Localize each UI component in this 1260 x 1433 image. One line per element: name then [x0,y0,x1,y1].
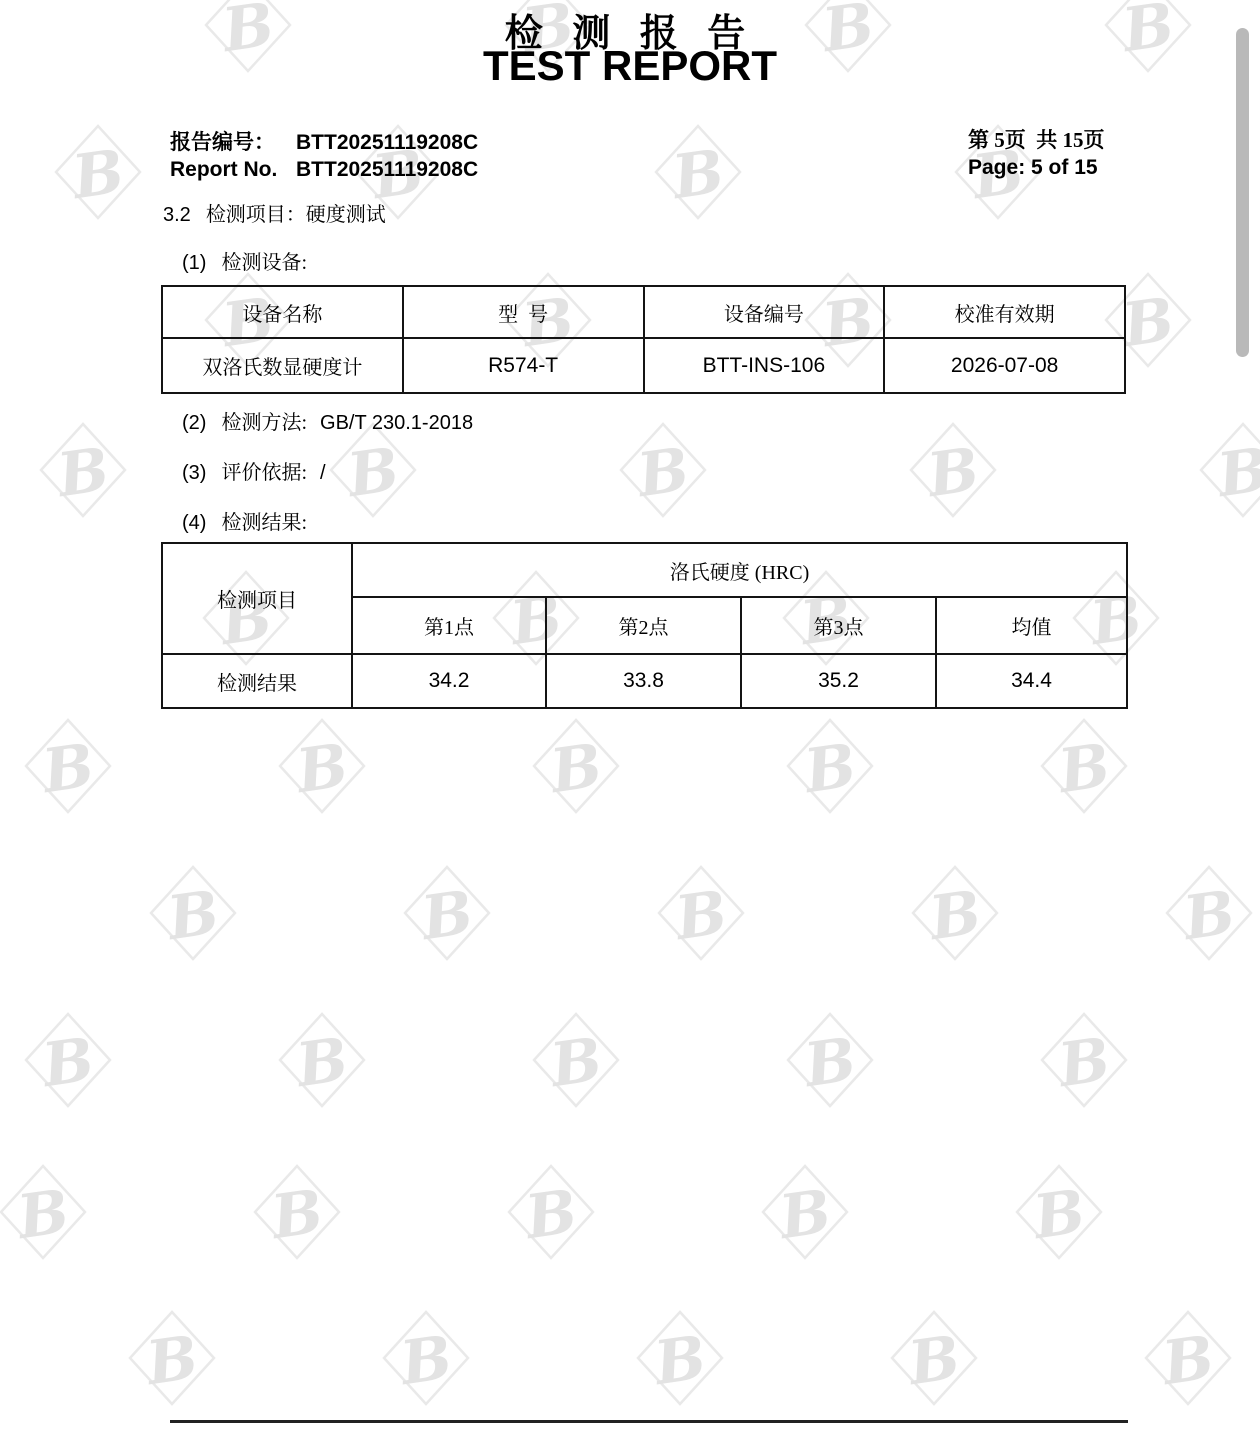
svg-text:B: B [265,1177,327,1254]
report-number-line-en: Report No.BTT20251119208C [170,156,478,183]
section-heading: 3.2 检测项目：硬度测试 [163,198,386,227]
svg-text:B: B [1177,878,1239,955]
item-criteria: (3) 评价依据: / [182,456,326,485]
equipment-table-data-row: 双洛氏数显硬度计 R574-T BTT-INS-106 2026-07-08 [162,338,1125,393]
item-results: (4) 检测结果: [182,506,315,535]
svg-text:B: B [648,1323,710,1400]
watermark-logo: B [889,1309,979,1407]
page-number-cn: 第 5页 共 15页 [968,127,1105,154]
item-method-value: GB/T 230.1-2018 [320,412,473,434]
watermark-logo: B [1143,1309,1233,1407]
results-subheader-point2: 第2点 [546,597,741,654]
svg-text:B: B [631,435,693,512]
svg-text:B: B [1052,731,1114,808]
svg-text:B: B [519,1177,581,1254]
results-subheader-mean: 均值 [936,597,1127,654]
svg-text:B: B [773,1177,835,1254]
item-method: (2) 检测方法: GB/T 230.1-2018 [182,406,473,435]
report-number-block: 报告编号：BTT20251119208C Report No.BTT202511… [170,129,478,183]
svg-text:B: B [798,1025,860,1102]
watermark-logo: B [127,1309,217,1407]
svg-text:B: B [666,137,728,214]
watermark-logo: B [760,1163,850,1261]
report-number-line-cn: 报告编号：BTT20251119208C [170,129,478,156]
watermark-logo: B [23,1011,113,1109]
item-criteria-label: 评价依据: [221,462,307,484]
equipment-table: 设备名称 型 号 设备编号 校准有效期 双洛氏数显硬度计 R574-T BTT-… [161,285,1126,394]
results-table-group-row: 检测项目 洛氏硬度 (HRC) [162,543,1127,597]
results-row-label: 检测结果 [162,654,352,708]
svg-text:B: B [161,878,223,955]
svg-text:B: B [923,878,985,955]
svg-text:B: B [66,137,128,214]
watermark-logo: B [656,864,746,962]
svg-text:B: B [669,878,731,955]
results-value-mean: 34.4 [936,654,1127,708]
watermark-logo: B [531,717,621,815]
report-number-label-cn: 报告编号： [170,129,296,155]
svg-text:B: B [1156,1323,1218,1400]
watermark-logo: B [148,864,238,962]
report-number-value-en: BTT20251119208C [296,158,478,181]
results-table: 检测项目 洛氏硬度 (HRC) 第1点 第2点 第3点 均值 检测结果 34.2… [161,542,1128,709]
svg-text:B: B [341,435,403,512]
svg-text:B: B [544,1025,606,1102]
watermark-logo: B [618,421,708,519]
report-number-value-cn: BTT20251119208C [296,131,478,154]
equipment-name-cell: 双洛氏数显硬度计 [162,338,403,393]
svg-text:B: B [1052,1025,1114,1102]
results-corner-header: 检测项目 [162,543,352,654]
watermark-logo: B [381,1309,471,1407]
scrollbar-thumb[interactable] [1236,28,1249,357]
svg-text:B: B [51,435,113,512]
watermark-logo: B [402,864,492,962]
watermark-logo: B [506,1163,596,1261]
svg-text:B: B [11,1177,73,1254]
results-table-data-row: 检测结果 34.2 33.8 35.2 34.4 [162,654,1127,708]
item-results-num: (4) [182,512,206,534]
equipment-header-calibration: 校准有效期 [884,286,1125,338]
page-title-en: TEST REPORT [0,42,1260,90]
equipment-id-cell: BTT-INS-106 [644,338,885,393]
section-number: 3.2 [163,204,191,226]
watermark-logo: B [277,717,367,815]
svg-text:B: B [902,1323,964,1400]
item-method-num: (2) [182,412,206,434]
watermark-logo: B [328,421,418,519]
results-subheader-point1: 第1点 [352,597,546,654]
svg-text:B: B [36,1025,98,1102]
equipment-header-id: 设备编号 [644,286,885,338]
item-method-label: 检测方法: [221,412,307,434]
watermark-logo: B [38,421,128,519]
watermark-logo: B [1198,421,1260,519]
watermark-logo: B [635,1309,725,1407]
watermark-logo: B [53,123,143,221]
svg-text:B: B [921,435,983,512]
watermark-logo: B [531,1011,621,1109]
watermark-logo: B [252,1163,342,1261]
item-equipment-num: (1) [182,252,206,274]
item-criteria-value: / [320,462,326,484]
page-number-block: 第 5页 共 15页 Page: 5 of 15 [968,127,1105,181]
results-value-point2: 33.8 [546,654,741,708]
svg-text:B: B [36,731,98,808]
watermark-logo: B [1014,1163,1104,1261]
equipment-table-header-row: 设备名称 型 号 设备编号 校准有效期 [162,286,1125,338]
footer-divider [170,1420,1128,1423]
watermark-logo: B [908,421,998,519]
svg-text:B: B [1211,435,1260,512]
equipment-calibration-cell: 2026-07-08 [884,338,1125,393]
svg-text:B: B [544,731,606,808]
item-criteria-num: (3) [182,462,206,484]
item-equipment-label: 检测设备: [221,252,307,274]
watermark-logo: B [0,1163,88,1261]
svg-text:B: B [798,731,860,808]
equipment-header-model: 型 号 [403,286,644,338]
svg-text:B: B [290,731,352,808]
watermark-logo: B [1164,864,1254,962]
report-page: BBBBBBBBBBBBBBBBBBBBBBBBBBBBBBBBBBBBBBBB… [0,0,1260,1433]
equipment-header-name: 设备名称 [162,286,403,338]
watermark-logo: B [1039,1011,1129,1109]
results-subheader-point3: 第3点 [741,597,936,654]
watermark-logo: B [277,1011,367,1109]
results-value-point3: 35.2 [741,654,936,708]
results-value-point1: 34.2 [352,654,546,708]
report-number-label-en: Report No. [170,157,296,183]
equipment-model-cell: R574-T [403,338,644,393]
item-results-label: 检测结果: [221,512,307,534]
watermark-logo: B [23,717,113,815]
watermark-logo: B [785,717,875,815]
svg-text:B: B [394,1323,456,1400]
watermark-logo: B [910,864,1000,962]
svg-text:B: B [1027,1177,1089,1254]
svg-text:B: B [415,878,477,955]
item-equipment: (1) 检测设备: [182,246,315,275]
svg-text:B: B [290,1025,352,1102]
page-number-en: Page: 5 of 15 [968,154,1105,181]
watermark-logo: B [785,1011,875,1109]
section-title: 检测项目：硬度测试 [206,204,386,226]
watermark-logo: B [653,123,743,221]
svg-text:B: B [140,1323,202,1400]
results-group-header: 洛氏硬度 (HRC) [352,543,1127,597]
watermark-logo: B [1039,717,1129,815]
